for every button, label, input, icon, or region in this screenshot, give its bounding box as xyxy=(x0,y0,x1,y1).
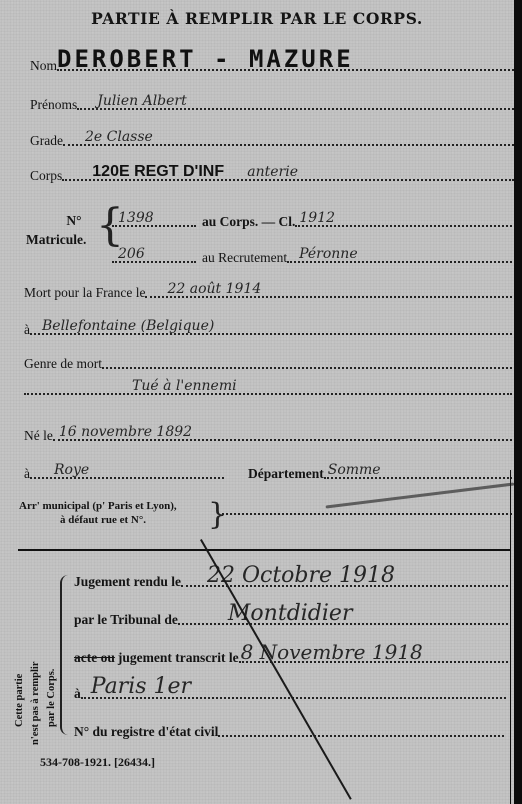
matricule-label: Matricule. xyxy=(26,232,86,248)
corps-label: Corps xyxy=(30,168,62,184)
side-note-line2: n'est pas à remplir xyxy=(30,661,41,745)
section-divider xyxy=(18,549,510,551)
arrondissement-value xyxy=(222,512,512,515)
field-genre-mort-line2: Tué à l'ennemi xyxy=(24,392,512,398)
field-registre: N° du registre d'état civil xyxy=(74,724,504,740)
field-transcrit: acte ou jugement transcrit le 8 Novembre… xyxy=(74,650,508,666)
nom-label: Nom xyxy=(30,58,57,74)
ne-le-label: Né le xyxy=(24,428,53,444)
transcrit-label: jugement transcrit le xyxy=(118,650,239,666)
registre-label: N° du registre d'état civil xyxy=(74,724,218,740)
transcrit-value: 8 Novembre 1918 xyxy=(241,640,423,664)
jugement-brace xyxy=(60,575,68,735)
card-border-line xyxy=(510,470,511,804)
matricule-recrutement-value: Péronne xyxy=(299,246,358,262)
jugement-rendu-value: 22 Octobre 1918 xyxy=(207,563,395,588)
lieu-naissance-label: à xyxy=(24,466,30,482)
prenoms-value: Julien Albert xyxy=(97,93,187,109)
genre-mort-label: Genre de mort xyxy=(24,356,102,372)
grade-value: 2e Classe xyxy=(85,129,153,145)
side-note-line1: Cette partie xyxy=(14,674,25,727)
field-grade: Grade 2e Classe xyxy=(30,133,514,149)
side-note-line3: par le Corps. xyxy=(46,669,57,727)
ne-le-value: 16 novembre 1892 xyxy=(59,424,192,440)
corps-stamp: 120E REGT D'INF xyxy=(92,163,224,181)
matricule-label-no: N° xyxy=(54,213,94,229)
field-corps: Corps 120E REGT D'INF anterie xyxy=(30,168,514,184)
scan-edge xyxy=(514,0,522,804)
field-prenoms: Prénoms Julien Albert xyxy=(30,97,514,113)
field-matricule-corps: 1398 au Corps. — Cl. 1912 xyxy=(112,214,512,230)
jugement-lieu-label: à xyxy=(74,686,81,702)
side-note: Cette partie n'est pas à remplir par le … xyxy=(8,575,58,735)
field-matricule-recrutement: 206 au Recrutement Péronne xyxy=(112,250,512,266)
registre-value xyxy=(218,734,504,737)
field-naissance-lieu: à Roye Département Somme xyxy=(24,466,512,482)
prenoms-label: Prénoms xyxy=(30,97,77,113)
form-title: PARTIE À REMPLIR PAR LE CORPS. xyxy=(0,9,514,28)
departement-value: Somme xyxy=(328,462,381,478)
lieu-mort-label: à xyxy=(24,322,30,338)
lieu-naissance-value: Roye xyxy=(54,462,89,478)
corps-value: anterie xyxy=(247,164,298,180)
field-genre-mort: Genre de mort xyxy=(24,356,512,372)
field-tribunal: par le Tribunal de Montdidier xyxy=(74,612,508,628)
genre-mort-value: Tué à l'ennemi xyxy=(132,378,237,394)
arrondissement-label-2: à défaut rue et N°. xyxy=(60,514,146,526)
matricule-recrutement-label: au Recrutement xyxy=(202,250,287,266)
matricule-corps-label: au Corps. — Cl. xyxy=(202,214,295,230)
field-mort-lieu: à Bellefontaine (Belgique) xyxy=(24,322,512,338)
transcrit-label-strike: acte ou xyxy=(74,650,115,666)
field-nom: Nom DEROBERT - MAZURE xyxy=(30,58,514,74)
matricule-recrutement-number: 206 xyxy=(118,246,145,262)
pen-stroke xyxy=(326,482,515,508)
jugement-rendu-label: Jugement rendu le xyxy=(74,574,181,590)
grade-label: Grade xyxy=(30,133,63,149)
nom-value: DEROBERT - MAZURE xyxy=(57,45,354,73)
departement-label: Département xyxy=(248,466,324,482)
mort-value: 22 août 1914 xyxy=(167,281,261,297)
death-record-card: PARTIE À REMPLIR PAR LE CORPS. Nom DEROB… xyxy=(0,0,514,804)
field-mort-date: Mort pour la France le 22 août 1914 xyxy=(24,285,512,301)
jugement-lieu-value: Paris 1er xyxy=(91,674,191,699)
field-arrondissement xyxy=(222,512,512,518)
matricule-corps-number: 1398 xyxy=(118,210,154,226)
tribunal-label: par le Tribunal de xyxy=(74,612,178,628)
arrondissement-label-1: Arr' municipal (p' Paris et Lyon), xyxy=(19,500,177,512)
mort-label: Mort pour la France le xyxy=(24,285,145,301)
matricule-classe: 1912 xyxy=(299,210,335,226)
field-jugement-rendu: Jugement rendu le 22 Octobre 1918 xyxy=(74,574,508,590)
print-reference: 534-708-1921. [26434.] xyxy=(40,755,155,770)
lieu-mort-value: Bellefontaine (Belgique) xyxy=(42,318,214,334)
field-ne-le: Né le 16 novembre 1892 xyxy=(24,428,512,444)
